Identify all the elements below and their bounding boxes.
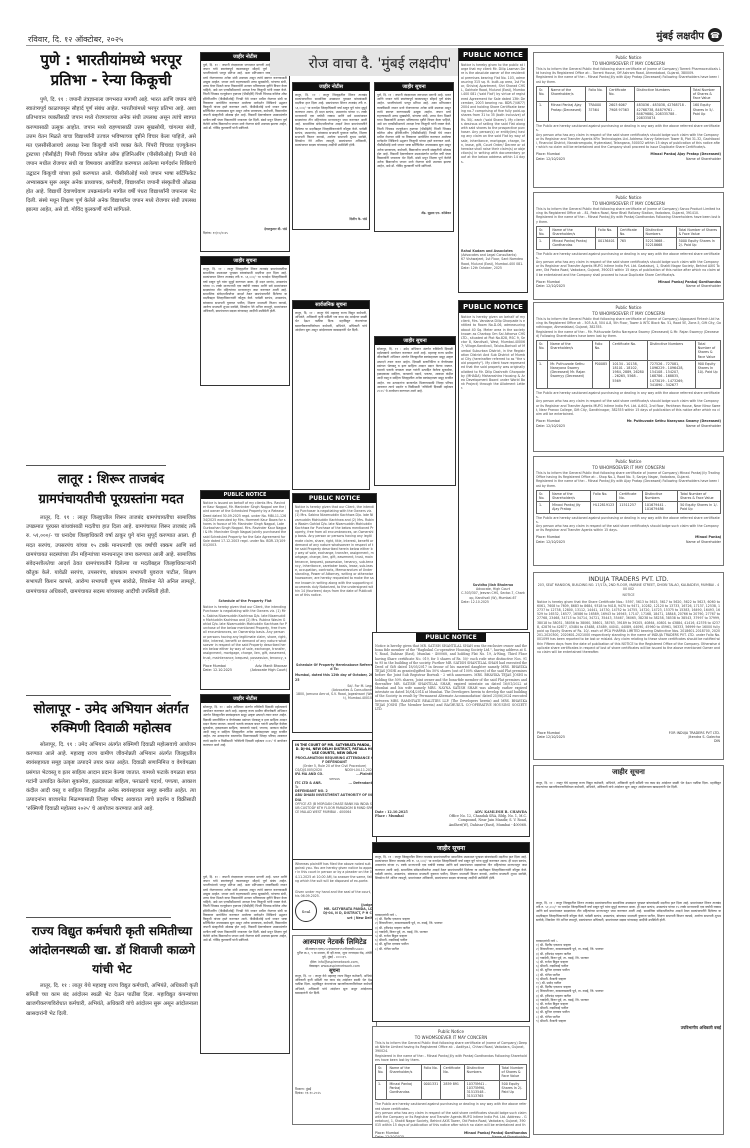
col-header: Sr. No.	[537, 490, 550, 501]
cell: 2859 891	[441, 1080, 464, 1100]
edition-date: रविवार, दि. १२ ऑक्टोबर, २०२५	[28, 34, 123, 45]
company-address: 203, SEAT MANSION, BUILDING NO. 17/17A, …	[537, 583, 720, 591]
court-seal-row: Seal (Judge) MR. SATYBRATA PANDA, LD. DJ…	[295, 900, 374, 922]
defendant-name: ABU DHABI INVESTMENT AUTHORITY OF INDIA	[295, 793, 374, 801]
notice-footer: Place: Mumbai Date: 12/10/2025 Minaxi Pa…	[375, 1131, 527, 1138]
notice-body: लातूर, दि. ११ : लातूर जिल्ह्यातील शिरूर …	[373, 853, 529, 913]
notice-date: Date: 12/10/2025	[536, 424, 565, 428]
col-header: Certificate No.	[610, 341, 647, 361]
pn-kachhwa: PUBLIC NOTICE Notice is hereby given tha…	[292, 493, 377, 733]
notice-date: Date: 12/10/2025	[536, 157, 565, 161]
notice-body: लातूर, दि. ११ : लातूर येथे महाराष्ट्र रा…	[293, 309, 369, 485]
defendant: ITC LTD & ANR.	[295, 781, 322, 785]
sarvajanik-suchana: सार्वजनिक सूचना लातूर, दि. ११ : लातूर ये…	[292, 300, 370, 490]
notice-header: जाहीर सूचना	[375, 337, 455, 345]
share-notice-2: Public Notice TO WHOMSOEVER IT MAY CONCE…	[533, 192, 724, 300]
story-headline: लातूर : शिरूर ताजबंद ग्रामपंचायतीची पूरग…	[26, 470, 196, 510]
table-row: 1. Minaxi Pankaj Jily Ajay Pratap HL1281…	[537, 502, 721, 513]
notice-date: Date: 12th October, 2025	[459, 266, 527, 270]
company-title: INDUJA TRADERS PVT. LTD.	[537, 576, 720, 583]
story-mahavitaran: राज्य विद्युत कर्मचारी कृती समितीच्या आं…	[26, 922, 198, 1132]
notice-footer: Date : 12.10.2025 Place : Mumbai ADV. KA…	[373, 810, 529, 827]
cell: 160 Equity Shares In 5/- Paid Up	[690, 102, 720, 122]
pn-flat-103: PUBLIC NOTICE Notice is hereby given to …	[458, 48, 528, 293]
cell: 10134 - 10138, 18101 - 18102, 1984, 2889…	[610, 360, 647, 388]
notice-caution: The Public are hereby cautioned against …	[536, 124, 721, 132]
table-row: 1. Minaxi Pankaj Pankaj Gordhandas 00136…	[537, 238, 721, 249]
notice-body: लातूर, दि. ११ : लातूर येथे महाराष्ट्र रा…	[534, 779, 723, 899]
col-header: Name of the Shareholder/s	[387, 1065, 421, 1081]
cell: 00136401	[596, 238, 618, 249]
notice-signer-role: DIN	[669, 739, 720, 743]
notice-place: Place : Mumbai	[375, 814, 408, 818]
judge-block: (Judge) MR. SATYBRATA PANDA, LD. DJ-04, …	[322, 903, 374, 920]
story-pune: पुणे : भारतीयांमध्ये भरपूर प्रतिभा - रेन…	[26, 50, 196, 376]
table-row: 1. Mr. Puthuvode Sethu Narayana Swamy (D…	[537, 360, 721, 388]
notice-footer: ठिकाण: मुंबई दिनांक: ११.१०.२०२५	[295, 1087, 374, 1095]
share-notice-3: Public Notice TO WHOMSOEVER IT MAY CONCE…	[533, 302, 724, 452]
notice-date: Date 12/10/2025	[537, 735, 565, 739]
cell: Minaxi Pankaj Pankaj Gordhandas	[550, 238, 596, 249]
col-header: Sr. No.	[537, 226, 550, 237]
notice-body-2: पुणे, दि. ११ : जपानी तंत्रज्ञानाला जगभरा…	[201, 873, 289, 1043]
cell: 1.	[537, 238, 550, 249]
notice-body-2: लातूर, दि. ११ : लातूर जिल्ह्यातील शिरूर …	[534, 899, 723, 939]
story-body: पुणे, दि. ११ : जपानी तंत्रज्ञानाला जगभरा…	[26, 96, 196, 376]
schedule-title: Schedule Of Property Hereinabove Referre…	[293, 663, 376, 671]
cell: 727526 - 727081, 1096229 - 1096428, 1541…	[647, 360, 695, 388]
divider	[26, 917, 171, 918]
col-header: Certificate No.	[607, 86, 635, 102]
notice-intro: This is to inform the General Public tha…	[536, 67, 721, 75]
cell: 900 Equity Shares In 10/- Paid Up	[695, 360, 720, 388]
col-header: Folio No.	[596, 226, 618, 237]
notice-body: Notice is hereby given on behalf of my c…	[459, 313, 527, 583]
brand-name: मुंबई लक्षदीप	[656, 28, 704, 42]
cell: Minaxi Pankaj Jily Ajay Pratap	[550, 502, 591, 513]
notice-claims: Any person who has any claim in respect …	[536, 399, 721, 416]
story-body: लातूर, दि. ११ : लातूर जिल्ह्यातील शिरूर …	[26, 514, 196, 686]
header-rule	[26, 45, 724, 46]
notice-header: PUBLIC NOTICE	[201, 491, 289, 499]
notice-footer: Place: Mumbai Date: 12/10/2025 Minaxi Pa…	[536, 152, 721, 160]
notice-registered: Registered in the name of the: - Minaxi …	[536, 75, 721, 83]
col-header: Sr. No.	[537, 341, 548, 361]
story-body: सोलापूर, दि. ११ : उमेद अभियान अंतर्गत रु…	[26, 741, 196, 911]
divider	[26, 695, 171, 696]
col-header: Name of the Shareholder/s	[550, 226, 596, 237]
notice-body: Notice is hereby given to the public at …	[459, 61, 527, 249]
cell: 5000 Equity Shares In 2/- Paid Up	[676, 238, 720, 249]
table-row: 1. Minaxi Pankaj Ajay Pratap (Deceased) …	[537, 102, 721, 122]
notice-body: लातूर, दि. ११ : लातूर जिल्ह्यातील शिरूर …	[201, 265, 289, 383]
court-body: Whereas plaintiff has filed the above no…	[295, 862, 374, 890]
table-header-row: Sr. No. Name of the Shareholder/s Folio …	[537, 86, 721, 102]
notice-header: जाहीर सूचना	[375, 83, 453, 91]
cell: TRA000 37564	[586, 102, 607, 122]
heirs-list: १) श्री. दिलीप एकनाथ चव्हाण २) शिवाजीनगर…	[534, 943, 723, 1023]
notice-caution: The Public are hereby cautioned against …	[375, 1102, 527, 1110]
notice-address: 1800, Jamuna Amrut, S.V. Road, Jogeshwar…	[293, 692, 376, 700]
col-header: Distinctive Numbers	[634, 86, 690, 102]
promo-banner: रोज वाचा दै. 'मुंबई लक्षदीप'	[270, 48, 490, 76]
notice-intro: This is to inform the General Public tha…	[536, 471, 721, 479]
divider	[26, 465, 166, 466]
notice-registered: Registered in the name of the: - Minaxi …	[536, 215, 721, 223]
jahir-notice-2: जाहीर नोटीस सोलापूर, दि. ११ : उमेद अभिया…	[200, 694, 290, 1054]
jahir-suchana-2: जाहीर सूचना पुणे, दि. ११ : जपानी तंत्रज्…	[374, 82, 454, 232]
notice-label: NOTICE	[537, 593, 720, 597]
notice-date: Date: 12/10/2025	[375, 1135, 404, 1138]
jahir-suchana-large: जाहीर सूचना लातूर, दि. ११ : लातूर येथे म…	[533, 765, 724, 1135]
col-header: Distinctive Numbers	[464, 1065, 499, 1081]
cell: Minaxi Pankaj Ajay Pratap (Deceased)	[548, 102, 586, 122]
cell: Mr. Puthuvode Sethu Narayana Swamy (Dece…	[548, 360, 592, 388]
jahir-notice-3: जाहीर नोटीस लातूर, दि. ११ : लातूर जिल्ह्…	[292, 82, 370, 230]
jahir-suchana-list: जाहीर सूचना लातूर, दि. ११ : लातूर जिल्ह्…	[372, 842, 530, 1022]
notice-header: सार्वजनिक सूचना	[293, 301, 369, 309]
table-header-row: Sr. No. Name of the Shareholder/s Folio …	[537, 226, 721, 237]
notice-header: जाहीर नोटीस	[293, 83, 369, 91]
notice-caution: The Public are hereby cautioned against …	[536, 252, 721, 260]
list-item: ८) श्री. योगेश पाटील	[375, 947, 527, 951]
notice-claims: Any person who has any claim in respect …	[375, 1111, 527, 1128]
pn-satish-shah: PUBLIC NOTICE Notice is hereby given tha…	[372, 632, 530, 837]
notice-header: PUBLIC NOTICE	[293, 494, 376, 503]
notice-footer: Place: Mumbai Date: 12/10/2025 Mr. Puthu…	[536, 419, 721, 427]
notice-body: Notice is hereby given that MR. SATISH S…	[373, 642, 529, 807]
cell: Minaxi Pankaj Pankaj Gordhandas	[387, 1080, 421, 1100]
court-given: Given under my hand and the seal of the …	[295, 890, 374, 898]
cell: 1.	[376, 1080, 387, 1100]
notice-date: दिनांक: ११/१०/२०२५	[201, 231, 289, 235]
story-headline: राज्य विद्युत कर्मचारी कृती समितीच्या आं…	[26, 922, 198, 979]
heirs-list: १) श्री. दिलीप एकनाथ चव्हाण २) शिवाजीनगर…	[373, 917, 529, 951]
notice-body: सोलापूर, दि. ११ : उमेद अभियान अंतर्गत रु…	[375, 345, 455, 485]
notice-registered: Registered in the name of the: - Minaxi …	[375, 1054, 527, 1062]
plaintiff: IFA MA AND CO.	[295, 772, 323, 776]
notice-sign: उपविभागीय अधिकारी वसई	[534, 1023, 723, 1033]
cell: P00085	[592, 360, 610, 388]
notice-registered: Registered in the name of the: - Mr. Put…	[536, 330, 721, 338]
cell: 10375M41 - 10375M90, 31513548 - 31513765	[464, 1080, 499, 1100]
brand-logo-icon: ☎	[708, 28, 722, 42]
share-table: Sr. No. Name of the Shareholder/s Folio …	[536, 340, 721, 389]
cell: 500 Equity Shares In 2/- Paid Up	[499, 1080, 526, 1100]
share-table: Sr. No. Name of the Shareholder/s Folio …	[375, 1064, 527, 1100]
notice-signer: दिलीप के. पांडे	[293, 217, 369, 221]
defendant-address: OFFICE AT: JB MORGAN CHASE BANK NA INDIA…	[295, 802, 374, 815]
notice-header: जाहीर सूचना	[201, 257, 289, 265]
col-header: Total Number of Shares & Face Value	[678, 490, 721, 501]
cell: HL12819123	[591, 502, 617, 513]
notice-signer: ॲड. सुहास एम. कोळेकर	[375, 211, 453, 215]
notice-address: Office No. 12, Chandak SRA, Bldg. No. 1,…	[437, 814, 527, 827]
col-header: Name of the Shareholder/s	[550, 490, 591, 501]
notice-signer-role: Name of Shareholder	[650, 157, 721, 161]
judge-name: MR. SATYBRATA PANDA, LD. DJ-04, N D, DIS…	[322, 907, 374, 920]
story-headline: पुणे : भारतीयांमध्ये भरपूर प्रतिभा - रेन…	[26, 50, 196, 90]
cell: 1.	[537, 102, 549, 122]
share-table: Sr. No. Name of the Shareholder/s Folio …	[536, 86, 721, 122]
notice-claims: Any person who has any claim in respect …	[536, 524, 721, 532]
col-header: Certificate No.	[617, 226, 643, 237]
story-latur: लातूर : शिरूर ताजबंद ग्रामपंचायतीची पूरग…	[26, 470, 196, 686]
story-solapur: सोलापूर - उमेद अभियान अंतर्गत रुक्मिणी द…	[26, 700, 196, 911]
notice-body: Notice is issued on behalf of my clients…	[201, 499, 289, 599]
col-header: Sr. No.	[537, 86, 549, 102]
company-title: आस्पायर नेटवर्क लिमिटेड	[295, 938, 374, 947]
notice-body: लातूर, दि. ११ : लातूर येथे महाराष्ट्र रा…	[295, 974, 374, 1084]
seal-stamp: Seal	[295, 900, 317, 922]
notice-claims: Any person who has any claim in respect …	[536, 260, 721, 277]
table-header-row: Sr. No. Name of the Shareholder/s Folio …	[537, 490, 721, 501]
notice-date: Date: 12/10/2025	[536, 284, 565, 288]
jahir-notice-1: जाहीर नोटीस पुणे, दि. ११ : जपानी तंत्रज्…	[200, 52, 290, 252]
share-notice-5: Public Notice TO WHOMSOEVER IT MAY CONCE…	[372, 1026, 530, 1138]
col-header: Distinctive Numbers	[642, 490, 677, 501]
cell: 50 Equity Shares In 1/- Paid Up	[678, 502, 721, 513]
share-table: Sr. No. Name of the Shareholder/s Folio …	[536, 226, 721, 250]
col-header: Distinctive Numbers	[643, 226, 676, 237]
notice-address: C-303/307, Jeevan CHS, Sector-7, Charkop…	[459, 591, 527, 599]
notice-header: जाहीर नोटीस	[201, 695, 289, 703]
notice-body: पुणे, दि. ११ : जपानी तंत्रज्ञानाला जगभरा…	[201, 61, 289, 227]
col-header: Sr. No.	[376, 1065, 387, 1081]
cell: 765	[617, 238, 643, 249]
notice-caution: The Public are hereby cautioned against …	[536, 391, 721, 399]
share-notice-4: Public Notice TO WHOMSOEVER IT MAY CONCE…	[533, 456, 724, 566]
jahir-suchana-3: जाहीर सूचना सोलापूर, दि. ११ : उमेद अभिया…	[374, 336, 456, 486]
induja-traders-notice: INDUJA TRADERS PVT. LTD. 203, SEAT MANSI…	[533, 572, 724, 760]
notice-date: Date: 12.10.2025	[203, 668, 232, 672]
notice-body: Notice is hereby given that the Share Ce…	[537, 600, 720, 728]
notice-body: पुणे, दि. ११ : जपानी तंत्रज्ञानाला जगभरा…	[375, 91, 453, 211]
notice-date: Date: 12/10/2025	[536, 540, 565, 544]
notice-footer: Place: Mumbai Date: 12/10/2025 Minaxi Pa…	[536, 280, 721, 288]
cell: 483036 - 483038, 42768718 - 42768738, 84…	[634, 102, 690, 122]
notice-footer: Place: Mumbai Date: 12/10/2025 Minaxi Pa…	[536, 535, 721, 543]
col-header: Total Number of Shares & Face Value	[695, 341, 720, 361]
notice-header: PUBLIC NOTICE	[459, 301, 527, 313]
col-header: Name of the Shareholder/s	[548, 86, 586, 102]
notice-body: लातूर, दि. ११ : लातूर जिल्ह्यातील शिरूर …	[293, 91, 369, 217]
notice-claims: Any person who has any claim in respect …	[536, 133, 721, 150]
notice-body: Notice is hereby given that our Client, …	[293, 503, 376, 663]
masthead-brand: मुंबई लक्षदीप ☎	[656, 28, 722, 42]
col-header: Total Number of Shares & Face Value	[690, 86, 720, 102]
col-header: Folio No.	[586, 86, 607, 102]
court-proclamation-cont: Whereas plaintiff has filed the above no…	[292, 860, 377, 930]
schedule-body: Notice is hereby given that our Client, …	[201, 603, 289, 661]
notice-header: PUBLIC NOTICE	[459, 49, 527, 61]
notice-date: Date: 12.10.2025	[459, 600, 527, 604]
col-header: Distinctive Numbers	[647, 341, 695, 361]
pn-nagpal: PUBLIC NOTICE Notice is issued on behalf…	[200, 490, 290, 690]
table-header-row: Sr. No. Name of the Shareholder/s Folio …	[537, 341, 721, 361]
notice-signer-sub: (Advocate High Court)	[250, 668, 287, 672]
col-header: Certificate No.	[617, 490, 643, 501]
cell: 0001331	[421, 1080, 441, 1100]
col-header: Folio No.	[592, 341, 610, 361]
notice-footer: Place Mumbai Date 12/10/2025 FOR INDUJA …	[537, 731, 720, 744]
notice-signer-role: Name of Shareholder	[464, 1135, 527, 1138]
cell: 52213668 - 52218668	[643, 238, 676, 249]
notice-caution: The Public are hereby cautioned against …	[536, 516, 721, 524]
notice-date: दिनांक: ११.१०.२०२५	[295, 1091, 321, 1095]
notice-intro: This is to inform the General Public tha…	[536, 207, 721, 215]
notice-body: सोलापूर, दि. ११ : उमेद अभियान अंतर्गत रु…	[201, 703, 289, 873]
col-header: Total Number of Shares & Face Value	[676, 226, 720, 237]
notice-header: जाहीर सूचना	[534, 766, 723, 779]
notice-header: PUBLIC NOTICE	[416, 633, 486, 642]
notice-signer-role: Name of Shareholder	[686, 540, 721, 544]
story-headline: सोलापूर - उमेद अभियान अंतर्गत रुक्मिणी द…	[26, 700, 196, 738]
notice-signer-role: Name of Shareholder	[627, 424, 721, 428]
notice-intro: This is to inform the General Public tha…	[375, 1041, 527, 1054]
table-row: 1. Minaxi Pankaj Pankaj Gordhandas 00013…	[376, 1080, 527, 1100]
court-proclamation: IN THE COURT OF MR. SATYBRATA PANDA, LD.…	[292, 740, 377, 860]
jahir-suchana-1: जाहीर सूचना लातूर, दि. ११ : लातूर जिल्ह्…	[200, 256, 290, 386]
col-header: Folio No.	[421, 1065, 441, 1081]
notice-signer-role: Name of Shareholder	[658, 284, 721, 288]
notice-address: 67 Vishwajeet, 1st Floor, Sant Namdeo Ro…	[459, 257, 527, 265]
court-subtitle: PROCLAMATION REQUIRING ATTENDANCE OF DEF…	[295, 756, 374, 764]
notice-date: Mumbai, dated this 12th day of October, …	[293, 671, 376, 683]
company-address: युनिट क्र.१, ९ वा मजला, टी व्ही टावर, जु…	[295, 951, 374, 959]
notice-footer: Place Mumbai Date: 12.10.2025 Adv. Manit…	[201, 664, 289, 672]
defendant-role: ... Defendants	[349, 781, 375, 785]
cell: 1.	[537, 502, 550, 513]
col-header: Certificate No.	[441, 1065, 464, 1081]
notice-registered: Registered in the name of the: - Minaxi …	[536, 479, 721, 487]
story-body: लातूर, दि. ११ : लातूर येथे महाराष्ट्र रा…	[26, 982, 198, 1132]
cell: 101679441 - 101679486	[642, 502, 677, 513]
cell: 1.	[537, 360, 548, 388]
notice-intro: This is to inform the General Public tha…	[536, 317, 721, 330]
notice-header: जाहीर सूचना	[373, 843, 529, 853]
cell: 2603 6067 7908 97363	[607, 102, 635, 122]
share-table: Sr. No. Name of the Shareholder/s Folio …	[536, 490, 721, 514]
aspire-network-notice: आस्पायर नेटवर्क लिमिटेड सीआयएन:एल६५९२३एम…	[292, 935, 377, 1125]
share-notice-1: Public Notice TO WHOMSOEVER IT MAY CONCE…	[533, 52, 724, 188]
cell: 11511257	[617, 502, 643, 513]
table-header-row: Sr. No. Name of the Shareholder/s Folio …	[376, 1065, 527, 1081]
pn-kandivali: PUBLIC NOTICE Notice is hereby given on …	[458, 300, 528, 630]
court-title: IN THE COURT OF MR. SATYBRATA PANDA, LD.…	[295, 743, 374, 756]
col-header: Total Number of Shares & Face Value	[499, 1065, 526, 1081]
col-header: Name of the Shareholder/s	[548, 341, 592, 361]
col-header: Folio No.	[591, 490, 617, 501]
